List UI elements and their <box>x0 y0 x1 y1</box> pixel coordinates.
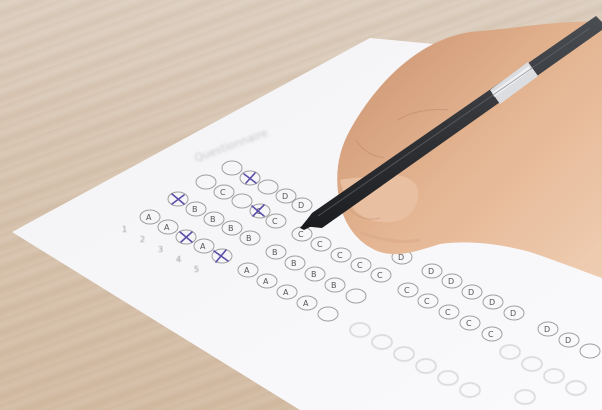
svg-text:B: B <box>311 270 317 279</box>
svg-text:D: D <box>282 192 288 201</box>
svg-text:B: B <box>246 234 252 243</box>
svg-text:C: C <box>357 261 363 270</box>
svg-text:C: C <box>377 271 383 280</box>
svg-text:D: D <box>565 336 571 345</box>
svg-text:C: C <box>337 251 343 260</box>
svg-text:C: C <box>424 297 430 306</box>
svg-text:D: D <box>428 267 434 276</box>
svg-text:D: D <box>398 253 404 262</box>
svg-text:D: D <box>510 309 516 318</box>
row-number: 3 <box>158 245 163 254</box>
svg-text:B: B <box>331 281 337 290</box>
row-number: 5 <box>194 265 199 274</box>
row-number: 2 <box>140 235 145 244</box>
svg-text:D: D <box>468 288 474 297</box>
svg-text:C: C <box>220 188 226 197</box>
svg-text:A: A <box>200 242 206 251</box>
svg-text:C: C <box>466 319 472 328</box>
svg-text:A: A <box>303 299 309 308</box>
svg-text:B: B <box>228 224 234 233</box>
svg-text:A: A <box>244 266 250 275</box>
svg-text:D: D <box>298 201 304 210</box>
row-number: 4 <box>176 255 181 264</box>
svg-text:A: A <box>146 213 152 222</box>
row-number: 1 <box>122 225 127 234</box>
svg-text:C: C <box>272 217 278 226</box>
svg-text:C: C <box>404 286 410 295</box>
photo-scene: Questionnaire 1 2 3 4 5 A A A A A <box>0 0 602 410</box>
svg-text:B: B <box>192 205 198 214</box>
svg-text:D: D <box>448 277 454 286</box>
svg-text:D: D <box>489 298 495 307</box>
svg-text:C: C <box>445 308 451 317</box>
svg-text:B: B <box>291 259 297 268</box>
svg-text:A: A <box>164 223 170 232</box>
answer-sheet-photo: Questionnaire 1 2 3 4 5 A A A A A <box>0 0 602 410</box>
svg-text:A: A <box>283 288 289 297</box>
svg-text:C: C <box>317 240 323 249</box>
svg-text:A: A <box>263 277 269 286</box>
svg-text:B: B <box>210 215 216 224</box>
svg-text:D: D <box>544 325 550 334</box>
svg-text:C: C <box>298 230 304 239</box>
svg-text:B: B <box>272 248 278 257</box>
svg-text:C: C <box>488 330 494 339</box>
